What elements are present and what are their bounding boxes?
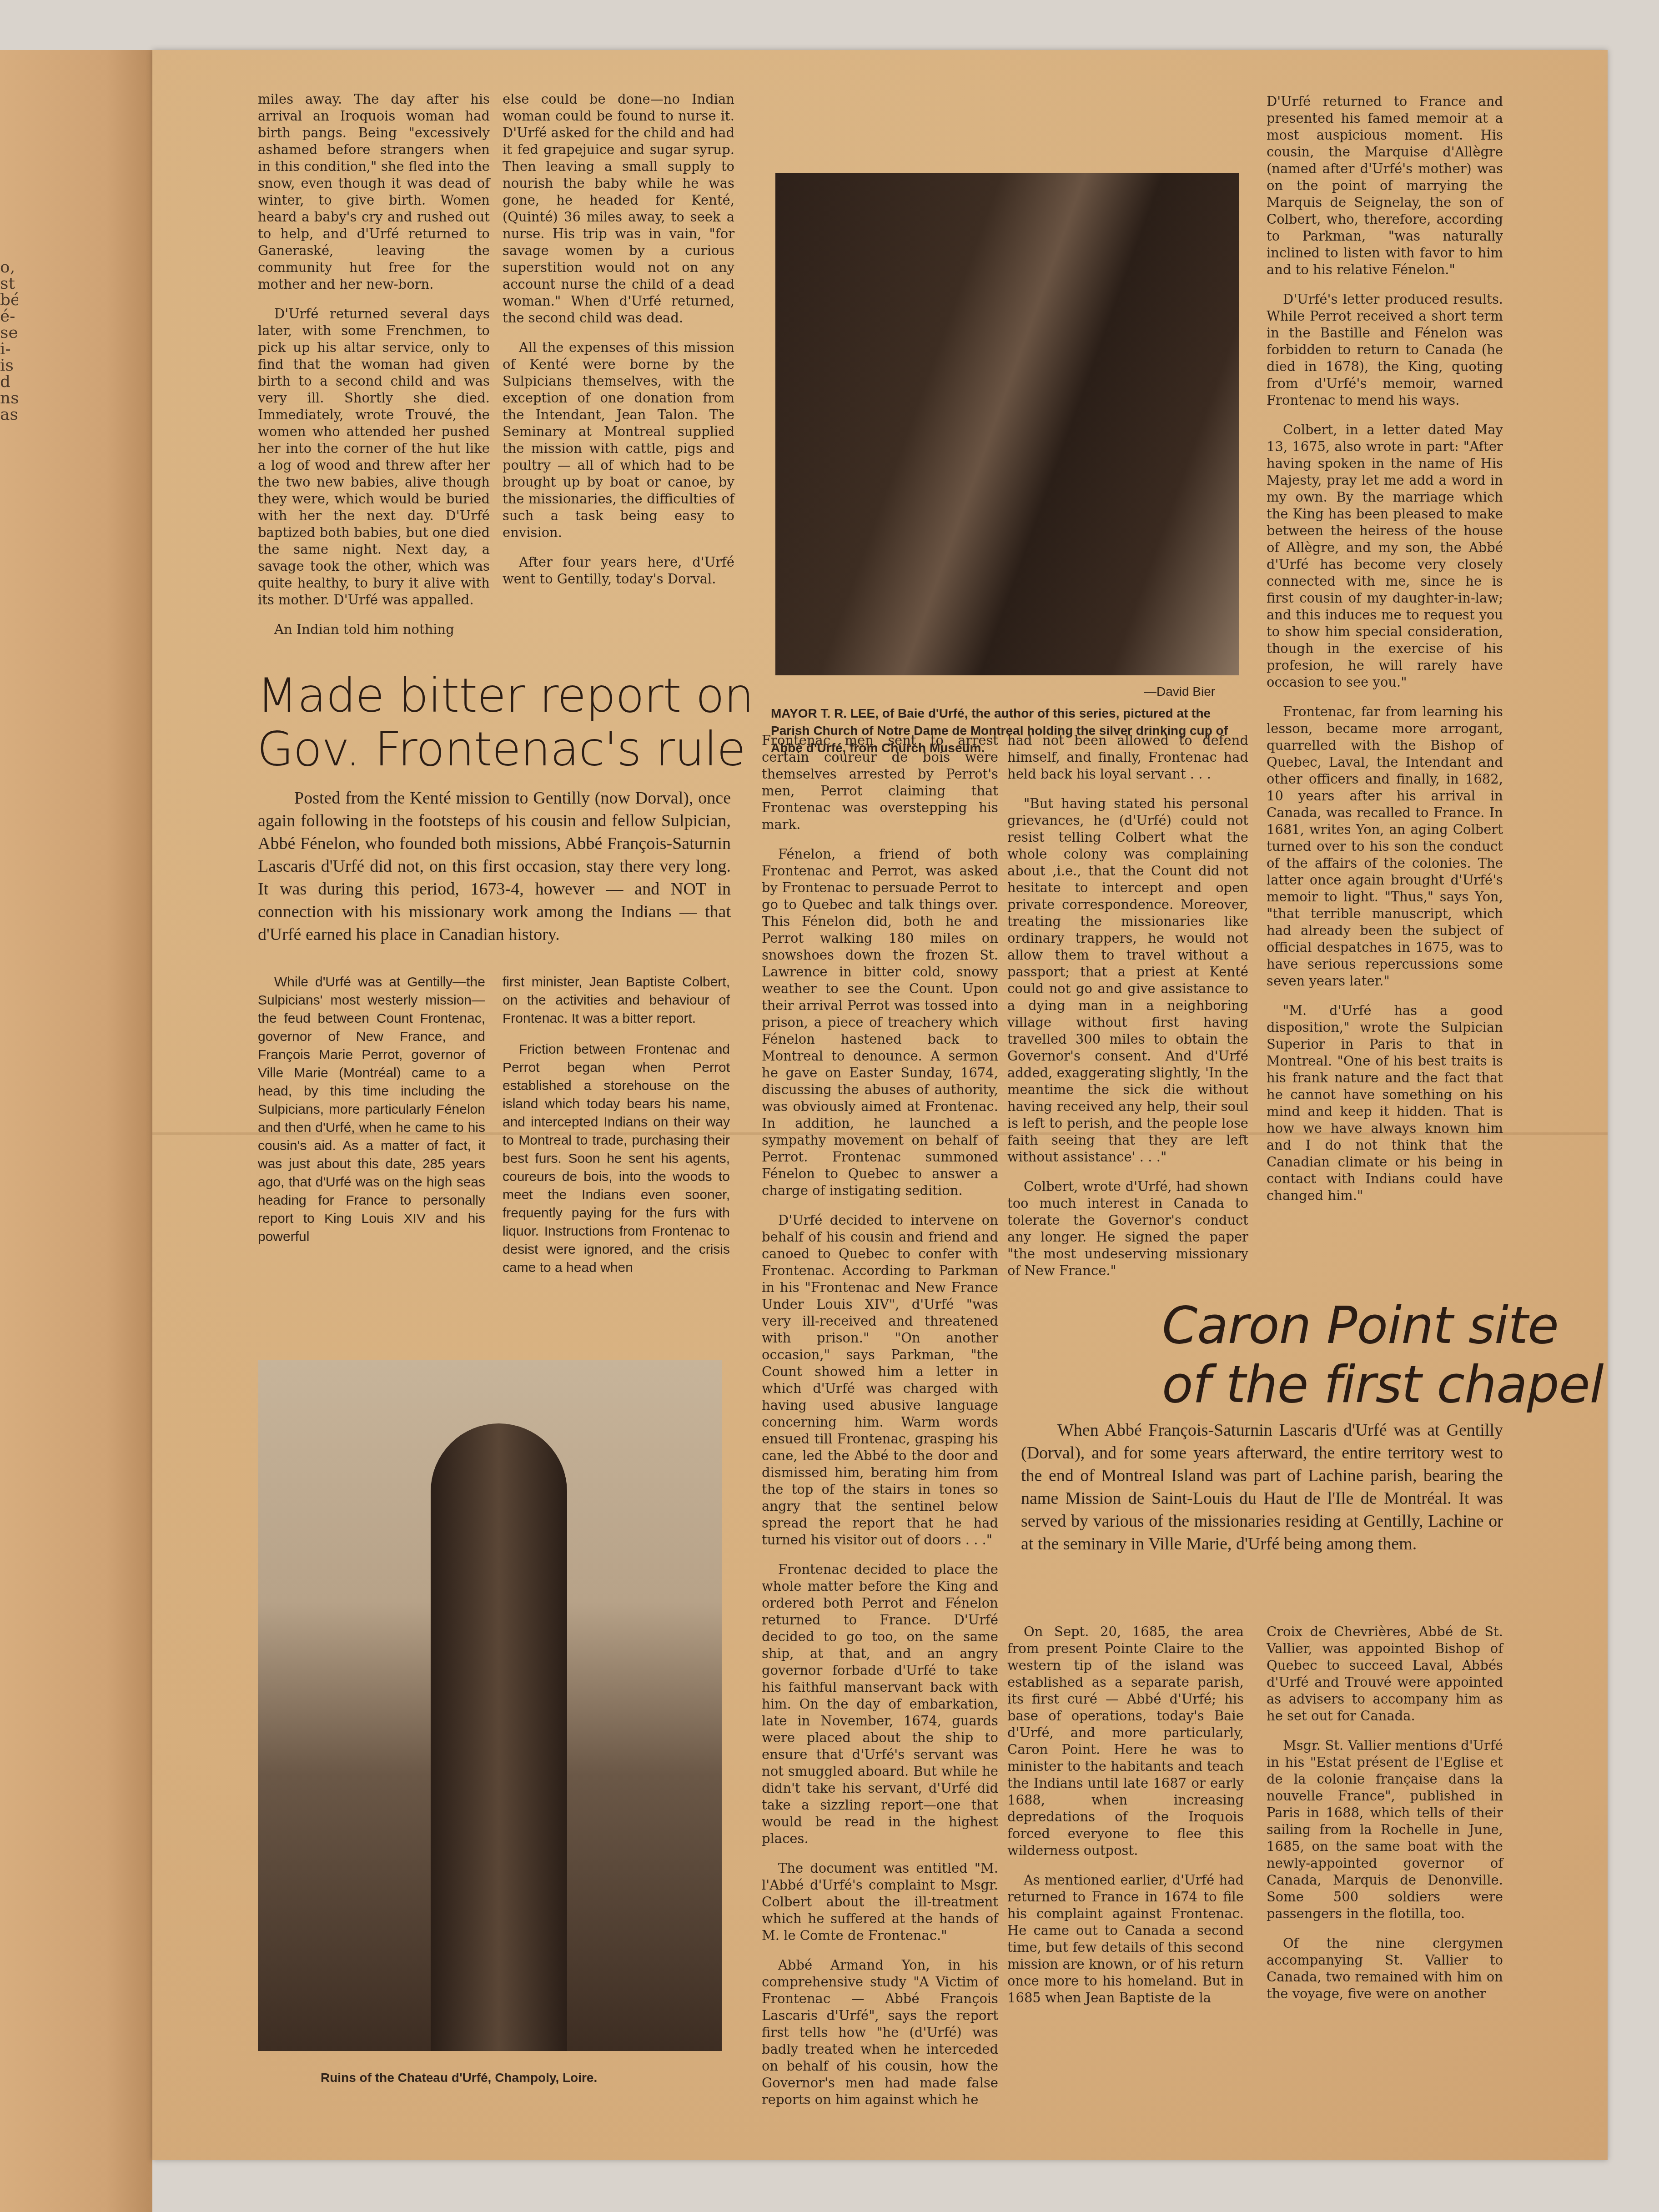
paragraph: Friction between Frontenac and Perrot be…: [503, 1041, 730, 1277]
fragment: is: [0, 357, 18, 374]
lede-paragraph: Posted from the Kenté mission to Gentill…: [258, 787, 731, 946]
paragraph: had not been allowed to defend himself, …: [1007, 732, 1248, 783]
paragraph: Msgr. St. Vallier mentions d'Urfé in his…: [1267, 1737, 1503, 1922]
fragment: se: [0, 325, 18, 341]
left-page-edge: o, st bé é- se i- is d ns as: [0, 50, 152, 2212]
paragraph: Frontenac, far from learning his lesson,…: [1267, 704, 1503, 990]
article-1-lede: Posted from the Kenté mission to Gentill…: [258, 787, 731, 946]
article-1-column-2: first minister, Jean Baptiste Colbert, o…: [503, 973, 730, 1290]
continuation-column-1: miles away. The day after his arrival an…: [258, 91, 490, 651]
fragment: i-: [0, 341, 18, 357]
article-1-column-1: While d'Urfé was at Gentilly—the Sulpici…: [258, 973, 485, 1259]
photo-credit: —David Bier: [1144, 684, 1215, 699]
paragraph: Colbert, in a letter dated May 13, 1675,…: [1267, 422, 1503, 691]
fragment: as: [0, 407, 18, 423]
headline-line: of the first chapel: [1162, 1355, 1604, 1414]
article-2-column-2: Croix de Chevrières, Abbé de St. Vallier…: [1267, 1624, 1503, 2015]
fragment: ns: [0, 390, 18, 407]
left-page-text-fragments: o, st bé é- se i- is d ns as: [0, 259, 18, 423]
castle-caption: Ruins of the Chateau d'Urfé, Champoly, L…: [321, 2069, 597, 2086]
paragraph: first minister, Jean Baptiste Colbert, o…: [503, 973, 730, 1028]
paragraph: D'Urfé returned several days later, with…: [258, 306, 490, 608]
paragraph: D'Urfé decided to intervene on behalf of…: [762, 1212, 998, 1548]
article-2-lede: When Abbé François-Saturnin Lascaris d'U…: [1021, 1419, 1503, 1555]
paragraph: "But having stated his personal grievanc…: [1007, 795, 1248, 1166]
article-1-column-3: Frontenac men sent to arrest certain cou…: [762, 732, 998, 2121]
paragraph: As mentioned earlier, d'Urfé had returne…: [1007, 1872, 1244, 2006]
headline-line: Gov. Frontenac's rule: [257, 722, 754, 776]
paragraph: Abbé Armand Yon, in his comprehensive st…: [762, 1957, 998, 2108]
paragraph: "M. d'Urfé has a good disposition," wrot…: [1267, 1002, 1503, 1204]
article-1-headline: Made bitter report on Gov. Frontenac's r…: [257, 669, 754, 776]
headline-line: Caron Point site: [1162, 1296, 1604, 1355]
article-1-column-4: had not been allowed to defend himself, …: [1007, 732, 1248, 1292]
paragraph: Frontenac decided to place the whole mat…: [762, 1561, 998, 1847]
lede-paragraph: When Abbé François-Saturnin Lascaris d'U…: [1021, 1419, 1503, 1555]
newspaper-page: miles away. The day after his arrival an…: [152, 50, 1608, 2160]
continuation-column-2: else could be done—no Indian woman could…: [503, 91, 734, 600]
paragraph: D'Urfé's letter produced results. While …: [1267, 291, 1503, 409]
fragment: bé: [0, 292, 18, 308]
article-2-column-1: On Sept. 20, 1685, the area from present…: [1007, 1624, 1244, 2019]
right-column: D'Urfé returned to France and presented …: [1267, 93, 1503, 1217]
paragraph: While d'Urfé was at Gentilly—the Sulpici…: [258, 973, 485, 1246]
paragraph: The document was entitled "M. l'Abbé d'U…: [762, 1860, 998, 1944]
paragraph: miles away. The day after his arrival an…: [258, 91, 490, 293]
castle-tower-shape: [431, 1423, 567, 2051]
paragraph: Frontenac men sent to arrest certain cou…: [762, 732, 998, 833]
headline-line: Made bitter report on: [257, 669, 754, 722]
fragment: st: [0, 276, 18, 292]
paragraph: Fénelon, a friend of both Frontenac and …: [762, 846, 998, 1199]
castle-ruins-photo: [258, 1360, 722, 2051]
paragraph: Colbert, wrote d'Urfé, had shown too muc…: [1007, 1178, 1248, 1279]
portrait-photo-mayor-lee: [775, 173, 1239, 675]
article-2-headline: Caron Point site of the first chapel: [1162, 1296, 1604, 1414]
paragraph: An Indian told him nothing: [258, 621, 490, 638]
paragraph: Croix de Chevrières, Abbé de St. Vallier…: [1267, 1624, 1503, 1724]
fragment: d: [0, 374, 18, 390]
paragraph: Of the nine clergymen accompanying St. V…: [1267, 1935, 1503, 2002]
paragraph: On Sept. 20, 1685, the area from present…: [1007, 1624, 1244, 1859]
paragraph: else could be done—no Indian woman could…: [503, 91, 734, 327]
paragraph: D'Urfé returned to France and presented …: [1267, 93, 1503, 278]
fragment: o,: [0, 259, 18, 276]
paragraph: All the expenses of this mission of Kent…: [503, 339, 734, 541]
fragment: é-: [0, 308, 18, 325]
paragraph: After four years here, d'Urfé went to Ge…: [503, 554, 734, 588]
